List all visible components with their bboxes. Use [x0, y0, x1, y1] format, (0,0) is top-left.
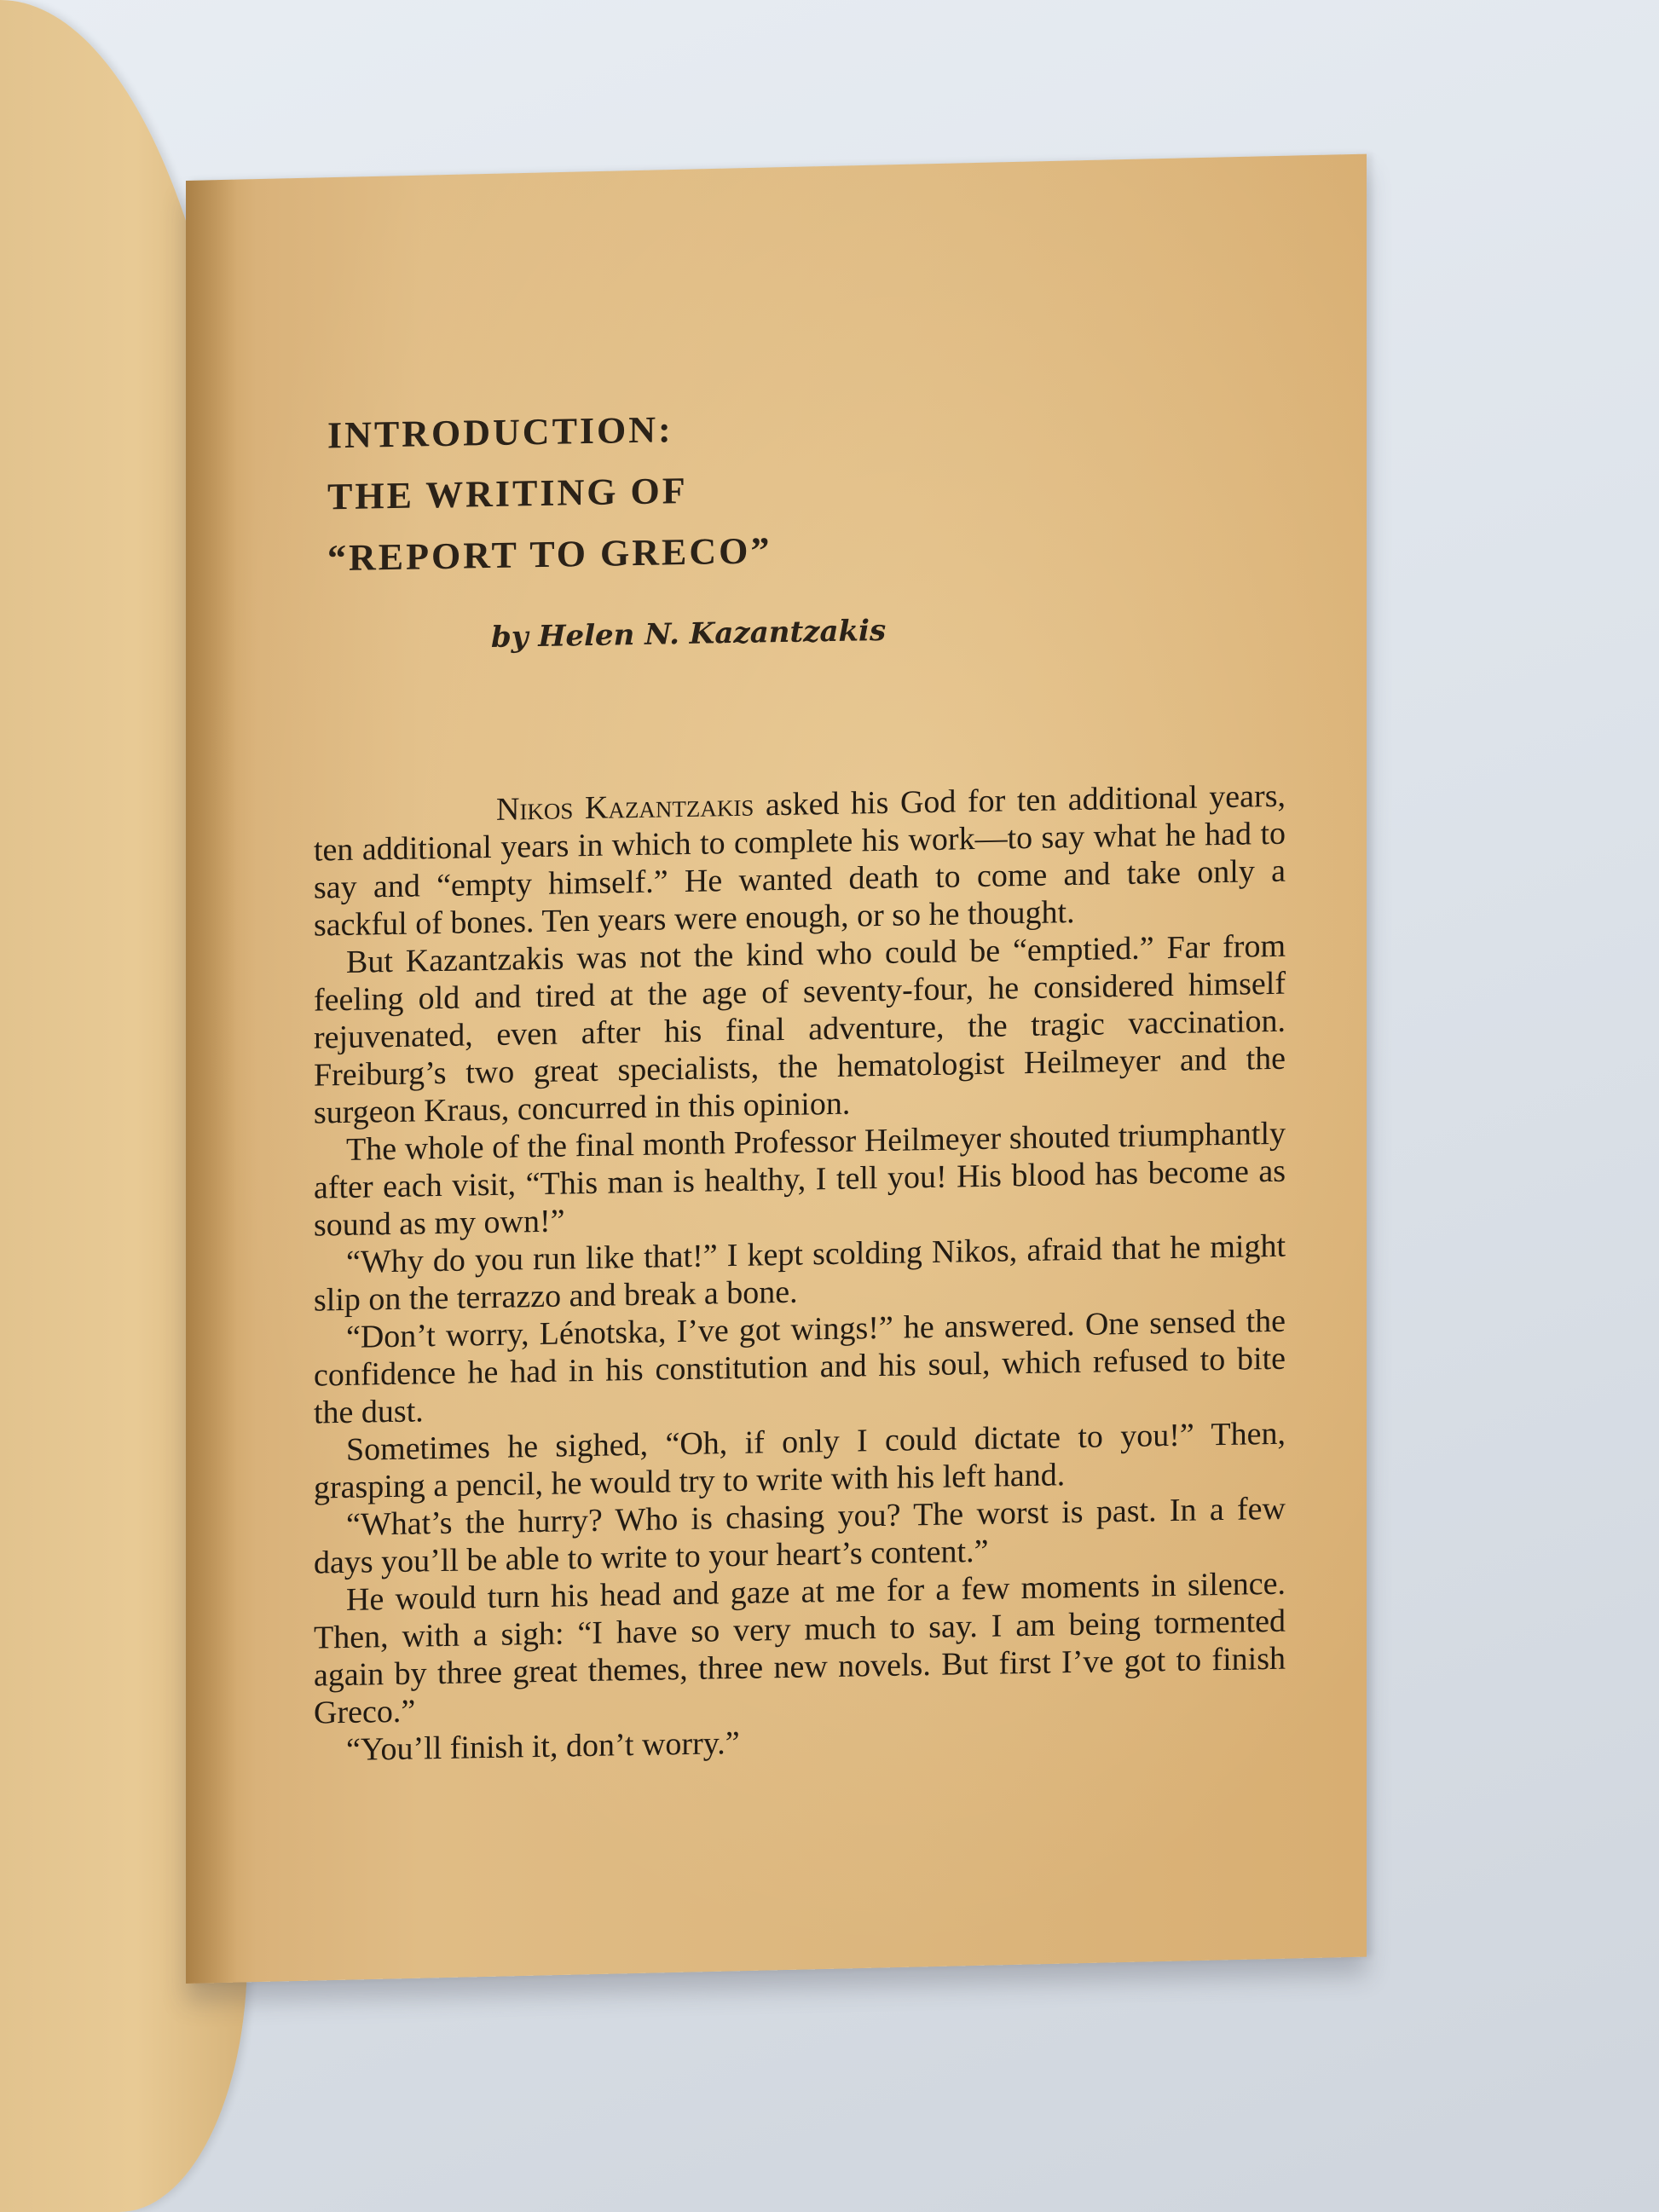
gutter-shadow	[186, 180, 237, 1984]
paragraph-5: “Don’t worry, Lénotska, I’ve got wings!”…	[314, 1302, 1286, 1432]
chapter-title: INTRODUCTION: THE WRITING OF “REPORT TO …	[327, 389, 1286, 590]
paragraph-8: He would turn his head and gaze at me fo…	[314, 1565, 1286, 1732]
author-byline: by Helen N. Kazantzakis	[491, 607, 1286, 655]
lead-name: Nikos Kazantzakis	[496, 788, 754, 828]
paragraph-3: The whole of the final month Professor H…	[314, 1115, 1286, 1245]
paragraph-2: But Kazantzakis was not the kind who cou…	[314, 927, 1286, 1132]
book-page: INTRODUCTION: THE WRITING OF “REPORT TO …	[186, 154, 1367, 1984]
body-text: Nikos Kazantzakis asked his God for ten …	[314, 777, 1286, 1770]
page-content: INTRODUCTION: THE WRITING OF “REPORT TO …	[314, 389, 1286, 1770]
paragraph-1-text: asked his God for ten additional years, …	[314, 778, 1286, 944]
paragraph-1: Nikos Kazantzakis asked his God for ten …	[314, 777, 1286, 944]
